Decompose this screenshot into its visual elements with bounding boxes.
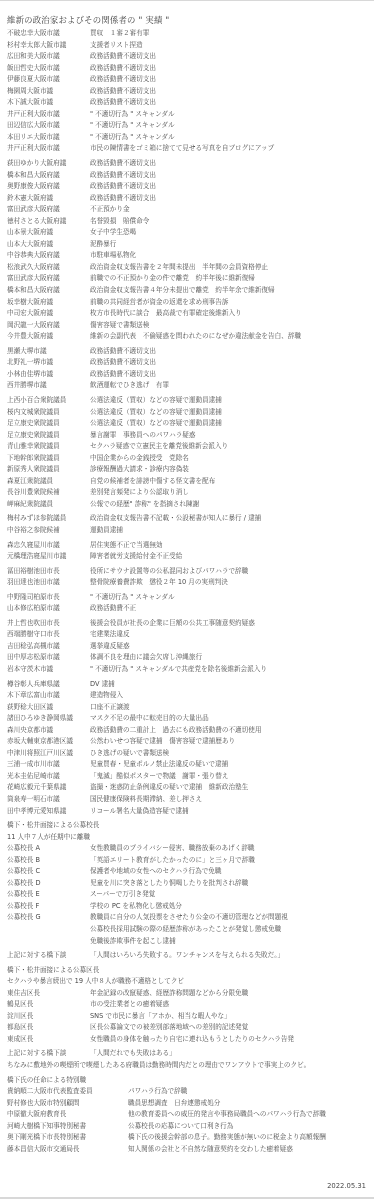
list-item: 田中孝博元愛知県議リコール署名大量偽造容疑で逮捕 <box>7 806 369 818</box>
record-description: 名誉毀損 賠償命令 <box>90 216 369 228</box>
person-name: 徳村さとる大阪府議 <box>7 216 90 228</box>
person-name: 青山雅幸衆院議員 <box>7 441 90 453</box>
list-item: 元橋理浩寝屋川市議障害者就労支援給付金不正受給 <box>7 551 369 563</box>
person-name: 公募校長 F <box>7 901 90 913</box>
list-item: 松浪武久大阪府議政治資金収支報告書を２年間未提出 半年間の会員資格停止 <box>7 262 369 274</box>
principals-comment-section: 上記に対する橋下談 「人間はいろいろ失敗する。ワンチャンスを与えられる失敗だ。」 <box>7 950 369 962</box>
person-name: 公募校長 C <box>7 866 90 878</box>
record-description: 政務活動費不正 <box>90 603 369 615</box>
comment-speaker: 上記に対する橋下談 <box>7 950 90 962</box>
list-item: 杉村幸太郎大阪市議支援者リスト捏造 <box>7 40 369 52</box>
person-name: 中谷恭典大阪府議 <box>7 250 90 262</box>
list-item: 長谷川豊衆院候補差別発言頻発により公認取り消し <box>7 487 369 499</box>
record-description: 買収 １審２審有罪 <box>90 28 369 40</box>
record-description: 公募校長の応募について口利き行為 <box>128 1121 369 1133</box>
person-name: 今井豊大阪府議 <box>7 331 90 343</box>
record-description: 役所にサウナ設置等の公私混同およびパワハラで辞職 <box>90 566 369 578</box>
list-item: 公募校長 G教職員に自分の人気投票をさせたり公金の不適切管理などが問題視 <box>7 912 369 924</box>
person-name: 奥野康俊大阪府議 <box>7 181 90 193</box>
list-item: 中津川将照江戸川区議ひき逃げの疑いで書類送検 <box>7 748 369 760</box>
list-item: 光本圭佑尼崎市議「鬼滅」酷似ポスターで物議 謝罪・張り替え <box>7 771 369 783</box>
record-description: 不正預かり金 <box>90 204 369 216</box>
list-item: 山本大大阪府議泥酔暴行 <box>7 239 369 251</box>
person-name: 橋本和昌大阪府議 <box>7 170 90 182</box>
list-item: 井戸正利大阪市議市民の陳情書をゴミ箱に捨てて見せる写真を自ブログにアップ <box>7 143 369 155</box>
list-item: 淀川区長SNS で市民に暴言「アホか、相当な暇人やな」 <box>7 1011 369 1023</box>
record-description: 体調不良を理由に議会欠席し沖縄旅行 <box>90 652 369 664</box>
list-item: 赤坂大輔東京都港区議公然わいせつ容疑で逮捕 傷害容疑で逮捕歴あり <box>7 736 369 748</box>
list-item: 鶴見区長市の受注業者との癒着疑惑 <box>7 999 369 1011</box>
person-name: 鶴見区長 <box>7 999 90 1011</box>
person-name: 新原秀人衆院議員 <box>7 464 90 476</box>
list-item: 不破忠幸大阪市議買収 １審２審有罪 <box>7 28 369 40</box>
list-item: 徳村さとる大阪府議名誉毀損 賠償命令 <box>7 216 369 228</box>
list-item: 公募校長採用試験の際の経歴詐称があったことが発覚し懲戒免職 <box>7 924 369 936</box>
politician-group: 荻田ゆかり大阪府議政務活動費不適切支出橋本和昌大阪府議政務活動費不適切支出奥野康… <box>7 158 369 343</box>
record-description: 政治資金収支報告書４年分未提出で離党 約半年余で維新復帰 <box>90 285 369 297</box>
list-item: 中谷裕之参院候補運動員逮捕 <box>7 525 369 537</box>
record-description: 職員思想調査 日弁連懲戒処分 <box>128 1098 369 1110</box>
list-item: 足立康史衆院議員公選法違反（買収）などの容疑で運動員逮捕 <box>7 418 369 430</box>
list-item: 東住吉区長年金記録の改竄疑惑、経歴詐称問題などから分限免職 <box>7 988 369 1000</box>
person-name: 諸田ひろゆき静岡県議 <box>7 713 90 725</box>
list-item: 西端勝樹守口市長宅建業法違反 <box>7 629 369 641</box>
record-description: 女子中学生恐喝 <box>90 227 369 239</box>
person-name: 小林由佳堺市議 <box>7 369 90 381</box>
list-item: 北野礼一堺市議政務活動費不適切支出 <box>7 357 369 369</box>
record-description: 公選法違反（買収）などの容疑で運動員逮捕 <box>90 407 369 419</box>
person-name: 北野礼一堺市議 <box>7 357 90 369</box>
politician-group: 不破忠幸大阪市議買収 １審２審有罪杉村幸太郎大阪市議支援者リスト捏造広田和美大阪… <box>7 28 369 155</box>
list-item: 中原徹大阪府教育長他の教育委員への威圧的発言や事務局職員へのパワハラ行為で辞職 <box>7 1109 369 1121</box>
person-name: 井上哲也吹田市長 <box>7 618 90 630</box>
special-heading: 橋下氏の任命による特別職 <box>7 1075 369 1087</box>
record-description: 児童を川に突き落としたり恫喝したりを批判され辞職 <box>90 878 369 890</box>
list-item: 西井勝堺市議飲酒運転でひき逃げ 有罪 <box>7 380 369 392</box>
record-description: 政務活動費不適切支出 <box>90 74 369 86</box>
person-name: 公募校長 G <box>7 912 90 924</box>
person-name: 不破忠幸大阪市議 <box>7 28 90 40</box>
person-name: 公募校長 A <box>7 843 90 855</box>
record-description: 維新の会副代表 不倫疑惑を問われたのになぜか違法献金を告白、辞職 <box>90 331 369 343</box>
person-name: 桜内文城衆院議員 <box>7 407 90 419</box>
person-name: 奥下剛光橋下市長特別秘書 <box>7 1132 128 1144</box>
ward-chiefs-heading: 橋下・松井面接による公募区長 <box>7 965 369 977</box>
principals-section: 橋下・松井面接による公募校長 11 人中７人が任期中に離職 公募校長 A女性教職… <box>7 820 369 947</box>
record-description: パワハラ行為で辞職 <box>128 1086 369 1098</box>
record-description: SNS で市民に暴言「アホか、相当な暇人やな」 <box>90 1011 369 1023</box>
politician-group: 井上哲也吹田市長後援会役員が社長の企業に巨額の公共工事随意契約疑惑西端勝樹守口市… <box>7 618 369 676</box>
list-item: 橋本和昌大阪府議政務活動費不適切支出 <box>7 170 369 182</box>
record-description: 暴言謝罪 事務員へのパワハラ疑惑 <box>90 430 369 442</box>
date-stamp: 2022.05.31 <box>327 1182 366 1190</box>
record-description: " 不適切行為 " スキャンダルで共産党を除名後維新会派入り <box>90 664 369 676</box>
record-description: マスク不足の最中に転売目的の大量出品 <box>90 713 369 725</box>
list-item: 森川央京都市議政務活動費の二重計上 過去にも政務活動費の不適切使用 <box>7 725 369 737</box>
person-name: 山本大大阪府議 <box>7 239 90 251</box>
person-name: 公募校長 D <box>7 878 90 890</box>
principals-heading: 橋下・松井面接による公募校長 <box>7 820 369 832</box>
record-description: 公選法違反（買収）などの容疑で運動員逮捕 <box>90 418 369 430</box>
record-description: 口座不正譲渡 <box>90 702 369 714</box>
list-item: 岩本守茨木市議" 不適切行為 " スキャンダルで共産党を除名後維新会派入り <box>7 664 369 676</box>
person-name: 赤坂大輔東京都港区議 <box>7 736 90 748</box>
list-item: 今井豊大阪府議維新の会副代表 不倫疑惑を問われたのになぜか違法献金を告白、辞職 <box>7 331 369 343</box>
list-item: 足立康史衆院議員暴言謝罪 事務員へのパワハラ疑惑 <box>7 430 369 442</box>
record-description: 宅建業法違反 <box>90 629 369 641</box>
principals-subheading: 11 人中７人が任期中に離職 <box>7 832 369 844</box>
list-item: 梅村みずほ参院議員政治資金収支報告書不記載・公設秘書が知人に暴行 / 逮捕 <box>7 513 369 525</box>
record-description: 政務活動費不適切支出 <box>90 86 369 98</box>
list-item: 森忠久寝屋川市議居住実態不正で当選無効 <box>7 540 369 552</box>
person-name: 花崎広毅元千葉県議 <box>7 782 90 794</box>
person-name: 富田武彦大阪府議 <box>7 204 90 216</box>
person-name: 筒泉寿一明石市議 <box>7 794 90 806</box>
person-name: 羽田達也池田市議 <box>7 577 90 589</box>
politician-group: 中野隆司柏原市長" 不適切行為 " スキャンダル山本修広柏原市議政務活動費不正 <box>7 592 369 615</box>
record-description: 公募校長採用試験の際の経歴詐称があったことが発覚し懲戒免職 <box>90 924 369 936</box>
record-description: 国民健康保険料長期滞納、差し押さえ <box>90 794 369 806</box>
person-name: 西端勝樹守口市長 <box>7 629 90 641</box>
record-description: 政治資金収支報告書を２年間未提出 半年間の会員資格停止 <box>90 262 369 274</box>
politician-group: 上西小百合衆院議員公選法違反（買収）などの容疑で運動員逮捕桜内文城衆院議員公選法… <box>7 395 369 510</box>
list-item: 広田和美大阪市議政務活動費不適切支出 <box>7 51 369 63</box>
person-name: 長谷川豊衆院候補 <box>7 487 90 499</box>
record-description: " 不適切行為 " スキャンダル <box>90 592 369 604</box>
list-item: 富田武彦大阪府議前職での不正預かり金の件で離党 約半年後に維新復帰 <box>7 273 369 285</box>
record-description: 政務活動費不適切支出 <box>90 181 369 193</box>
person-name: 淀川区長 <box>7 1011 90 1023</box>
person-name <box>7 936 90 948</box>
record-description: 市民の陳情書をゴミ箱に捨てて見せる写真を自ブログにアップ <box>90 143 369 155</box>
record-description: ひき逃げの疑いで書類送検 <box>90 748 369 760</box>
person-name: 森川央京都市議 <box>7 725 90 737</box>
record-description: 年金記録の改竄疑惑、経歴詐称問題などから分限免職 <box>90 988 369 1000</box>
record-description: " 不適切行為 " スキャンダル <box>90 120 369 132</box>
record-description: 後援会役員が社長の企業に巨額の公共工事随意契約疑惑 <box>90 618 369 630</box>
person-name: 岬麻紀衆院議員 <box>7 499 90 511</box>
list-item: 諸田ひろゆき静岡県議マスク不足の最中に転売目的の大量出品 <box>7 713 369 725</box>
record-description: 政務活動費不適切支出 <box>90 63 369 75</box>
list-item: 奥下剛光橋下市長特別秘書橋下氏の後援会幹部の息子。勤務実態が無いのに税金より高額… <box>7 1132 369 1144</box>
person-name: 坂幸樹大阪府議 <box>7 297 90 309</box>
list-item: 新原秀人衆院議員診療報酬過大請求・診療内容偽装 <box>7 464 369 476</box>
person-name: 田中厚志松原市議 <box>7 652 90 664</box>
record-description: セクハラ疑惑で立憲民主を離党後維新会派入り <box>90 441 369 453</box>
person-name: 足立康史衆院議員 <box>7 430 90 442</box>
person-name: 都島区長 <box>7 1022 90 1034</box>
person-name: 中津川将照江戸川区議 <box>7 748 90 760</box>
record-description: 政務活動費不適切支出 <box>90 158 369 170</box>
person-name: 冨田裕樹池田市長 <box>7 566 90 578</box>
person-name: 中司宏大阪府議 <box>7 308 90 320</box>
list-item: 奥野康俊大阪府議政務活動費不適切支出 <box>7 181 369 193</box>
record-description: 枚方市長時代に談合 最高裁で有罪確定後維新入り <box>90 308 369 320</box>
record-description: 差別発言頻発により公認取り消し <box>90 487 369 499</box>
ward-chiefs-subheading: セクハラや暴言続出で 19 人中８人が職務不適格としてクビ <box>7 976 369 988</box>
person-name: 橋本和昌大阪府議 <box>7 285 90 297</box>
person-name: 黒瀬大堺市議 <box>7 346 90 358</box>
person-name: 河崎大樹橋下知事特別秘書 <box>7 1121 128 1133</box>
person-name: 荻野稔大田区議 <box>7 702 90 714</box>
record-description: 傷害容疑で書類送検 <box>90 320 369 332</box>
list-item: 橋本和昌大阪府議政治資金収支報告書４年分未提出で離党 約半年余で維新復帰 <box>7 285 369 297</box>
person-name: 貴納順二大阪市代表監査委員 <box>7 1086 128 1098</box>
record-description: 橋下氏の後援会幹部の息子。勤務実態が無いのに税金より高額報酬 <box>128 1132 369 1144</box>
record-description: 政務活動費不適切支出 <box>90 346 369 358</box>
record-description: 政治資金収支報告書不記載・公設秘書が知人に暴行 / 逮捕 <box>90 513 369 525</box>
person-name: 山本景大阪府議 <box>7 227 90 239</box>
list-item: 貴納順二大阪市代表監査委員パワハラ行為で辞職 <box>7 1086 369 1098</box>
record-description: 政務活動費不適切支出 <box>90 97 369 109</box>
list-item: 田辺信広大阪市議" 不適切行為 " スキャンダル <box>7 120 369 132</box>
politician-group: 冨田裕樹池田市長役所にサウナ設置等の公私混同およびパワハラで辞職羽田達也池田市議… <box>7 566 369 589</box>
record-description: 政務活動費不適切支出 <box>90 193 369 205</box>
list-item: 富田武彦大阪府議不正預かり金 <box>7 204 369 216</box>
person-name: 岩本守茨木市議 <box>7 664 90 676</box>
record-description: 免職後詐欺事件を起こし逮捕 <box>90 936 369 948</box>
record-description: " 不適切行為 " スキャンダル <box>90 109 369 121</box>
person-name: 吉田稔弘高槻市議 <box>7 641 90 653</box>
person-name: 荻田ゆかり大阪府議 <box>7 158 90 170</box>
list-item: 飯田哲史大阪市議政務活動費不適切支出 <box>7 63 369 75</box>
record-description: 泥酔暴行 <box>90 239 369 251</box>
person-name: 東成区長 <box>7 1034 90 1046</box>
list-item: 河崎大樹橋下知事特別秘書公募校長の応募について口利き行為 <box>7 1121 369 1133</box>
person-name <box>7 924 90 936</box>
record-description: 政務活動費の二重計上 過去にも政務活動費の不適切使用 <box>90 725 369 737</box>
person-name: 井戸正利大阪市議 <box>7 143 90 155</box>
person-name: 木下誠大阪市議 <box>7 97 90 109</box>
record-description: 運動員逮捕 <box>90 525 369 537</box>
list-item: 中谷恭典大阪府議市駐車場私物化 <box>7 250 369 262</box>
record-description: 居住実態不正で当選無効 <box>90 540 369 552</box>
record-description: 支援者リスト捏造 <box>90 40 369 52</box>
person-name: 広田和美大阪市議 <box>7 51 90 63</box>
comment-speaker: 上記に対する橋下談 <box>7 1048 90 1060</box>
record-description: 政務活動費不適切支出 <box>90 357 369 369</box>
person-name: 松浪武久大阪府議 <box>7 262 90 274</box>
comment-quote: 「人間はいろいろ失敗する。ワンチャンスを与えられる失敗だ。」 <box>90 950 369 962</box>
list-item: 下地幹郎衆院議員中国企業からの金銭授受 党除名 <box>7 453 369 465</box>
record-description: " 不適切行為 " スキャンダル <box>90 132 369 144</box>
list-item: 公募校長 B「英語エリート教育がしたかったのに」と三ヶ月で辞職 <box>7 855 369 867</box>
list-item: 筒泉寿一明石市議国民健康保険料長期滞納、差し押さえ <box>7 794 369 806</box>
record-description: 女性教職員のプライバシー侵害、職務放棄のあげく辞職 <box>90 843 369 855</box>
list-item: 青山雅幸衆院議員セクハラ疑惑で立憲民主を離党後維新会派入り <box>7 441 369 453</box>
list-item: 桜内文城衆院議員公選法違反（買収）などの容疑で運動員逮捕 <box>7 407 369 419</box>
list-item: 梅園周大阪市議政務活動費不適切支出 <box>7 86 369 98</box>
record-description: 中国企業からの金銭授受 党除名 <box>90 453 369 465</box>
list-item: 黒瀬大堺市議政務活動費不適切支出 <box>7 346 369 358</box>
person-name: 田中孝博元愛知県議 <box>7 806 90 818</box>
person-name: 梅村みずほ参院議員 <box>7 513 90 525</box>
ward-chiefs-section: 橋下・松井面接による公募区長 セクハラや暴言続出で 19 人中８人が職務不適格と… <box>7 965 369 1046</box>
person-name: 上西小百合衆院議員 <box>7 395 90 407</box>
person-name: 下地幹郎衆院議員 <box>7 453 90 465</box>
record-description: 政務活動費不適切支出 <box>90 170 369 182</box>
person-name: 樽谷彰人兵庫県議 <box>7 679 90 691</box>
record-description: 「鬼滅」酷似ポスターで物議 謝罪・張り替え <box>90 771 369 783</box>
top-divider <box>0 0 374 1</box>
list-item: 山本修広柏原市議政務活動費不正 <box>7 603 369 615</box>
person-name: 足立康史衆院議員 <box>7 418 90 430</box>
list-item: 岬麻紀衆院議員公報での経歴" 詐称" を指摘され陳謝 <box>7 499 369 511</box>
record-description: DV 逮捕 <box>90 679 369 691</box>
person-name: 中野隆司柏原市長 <box>7 592 90 604</box>
list-item: 上西小百合衆院議員公選法違反（買収）などの容疑で運動員逮捕 <box>7 395 369 407</box>
list-item: 花崎広毅元千葉県議盗撮・迷惑防止条例違反の疑いで逮捕 維新政治塾生 <box>7 782 369 794</box>
list-item: 本田リエ大阪市議" 不適切行為 " スキャンダル <box>7 132 369 144</box>
list-item: 井上哲也吹田市長後援会役員が社長の企業に巨額の公共工事随意契約疑惑 <box>7 618 369 630</box>
list-item: 樽谷彰人兵庫県議DV 逮捕 <box>7 679 369 691</box>
list-item: 坂幸樹大阪府議前職の共同経営者が資金の返還を求め刑事告訴 <box>7 297 369 309</box>
record-description: 前職での不正預かり金の件で離党 約半年後に維新復帰 <box>90 273 369 285</box>
list-item: 吉田稔弘高槻市議選挙違反疑惑 <box>7 641 369 653</box>
bottom-divider <box>0 1197 374 1199</box>
list-item: 公募校長 F学校の PC を私物化し懲戒処分 <box>7 901 369 913</box>
record-description: 女性職員の身体を触ったり自宅に連れ込もうとしたりのセクハラ告発 <box>90 1034 369 1046</box>
page-title: 維新の政治家およびその関係者の " 実績 " <box>7 14 369 28</box>
person-name: 木下章広富山市議 <box>7 690 90 702</box>
person-name: 飯田哲史大阪市議 <box>7 63 90 75</box>
record-description: 児童買春・児童ポルノ禁止法違反の疑いで逮捕 <box>90 759 369 771</box>
ward-chiefs-note: ちなみに敷地外の喫煙所で喫煙したある府職員は勤務時間内だとの理由でワンアウトで事… <box>7 1060 369 1072</box>
politician-group: 樽谷彰人兵庫県議DV 逮捕木下章広富山市議建造物侵入荻野稔大田区議口座不正譲渡諸… <box>7 679 369 818</box>
record-description: 公報での経歴" 詐称" を指摘され陳謝 <box>90 499 369 511</box>
record-description: 政務活動費不適切支出 <box>90 51 369 63</box>
list-item: 羽田達也池田市議整骨院療養費詐欺 懲役２年 10 月の実刑判決 <box>7 577 369 589</box>
record-description: 自党の候補者を誹謗中傷する怪文書を配布 <box>90 476 369 488</box>
record-description: 飲酒運転でひき逃げ 有罪 <box>90 380 369 392</box>
list-item: 森夏江衆院議員自党の候補者を誹謗中傷する怪文書を配布 <box>7 476 369 488</box>
ward-chiefs-comment: 上記に対する橋下談 「人間だれでも失敗はある」 <box>7 1048 369 1060</box>
person-name: 梅園周大阪市議 <box>7 86 90 98</box>
list-item: 鈴木憲大阪府議政務活動費不適切支出 <box>7 193 369 205</box>
record-description: 学校の PC を私物化し懲戒処分 <box>90 901 369 913</box>
list-item: 公募校長 A女性教職員のプライバシー侵害、職務放棄のあげく辞職 <box>7 843 369 855</box>
person-name: 田辺信広大阪市議 <box>7 120 90 132</box>
person-name: 東住吉区長 <box>7 988 90 1000</box>
list-item: 木下誠大阪市議政務活動費不適切支出 <box>7 97 369 109</box>
list-item: 小林由佳堺市議政務活動費不適切支出 <box>7 369 369 381</box>
person-name: 中谷裕之参院候補 <box>7 525 90 537</box>
person-name: 西井勝堺市議 <box>7 380 90 392</box>
record-description: リコール署名大量偽造容疑で逮捕 <box>90 806 369 818</box>
list-item: 公募校長 D児童を川に突き落としたり恫喝したりを批判され辞職 <box>7 878 369 890</box>
record-description: スーパーで万引き発覚 <box>90 889 369 901</box>
record-description: 市駐車場私物化 <box>90 250 369 262</box>
list-item: 岡沢龍一大阪府議傷害容疑で書類送検 <box>7 320 369 332</box>
record-description: 選挙違反疑惑 <box>90 641 369 653</box>
record-description: 知人関係の会社と不自然な随意契約を交わした癒着疑惑 <box>128 1144 369 1156</box>
politician-group: 梅村みずほ参院議員政治資金収支報告書不記載・公設秘書が知人に暴行 / 逮捕中谷裕… <box>7 513 369 536</box>
record-description: 保護者や地域の女性へのセクハラ行為で免職 <box>90 866 369 878</box>
list-item: 荻田ゆかり大阪府議政務活動費不適切支出 <box>7 158 369 170</box>
record-description: 市の受注業者との癒着疑惑 <box>90 999 369 1011</box>
record-description: 「英語エリート教育がしたかったのに」と三ヶ月で辞職 <box>90 855 369 867</box>
record-description: 政務活動費不適切支出 <box>90 369 369 381</box>
document-body: 維新の政治家およびその関係者の " 実績 " 不破忠幸大阪市議買収 １審２審有罪… <box>7 14 369 1158</box>
person-name: 鈴木憲大阪府議 <box>7 193 90 205</box>
list-item: 田中厚志松原市議体調不良を理由に議会欠席し沖縄旅行 <box>7 652 369 664</box>
list-item: 山本景大阪府議女子中学生恐喝 <box>7 227 369 239</box>
person-name: 伊藤良夏大阪市議 <box>7 74 90 86</box>
person-name: 本田リエ大阪市議 <box>7 132 90 144</box>
record-description: 公然わいせつ容疑で逮捕 傷害容疑で逮捕歴あり <box>90 736 369 748</box>
person-name: 公募校長 B <box>7 855 90 867</box>
person-name: 中原徹大阪府教育長 <box>7 1109 128 1121</box>
principals-comment: 上記に対する橋下談 「人間はいろいろ失敗する。ワンチャンスを与えられる失敗だ。」 <box>7 950 369 962</box>
record-description: 他の教育委員への威圧的発言や事務局職員へのパワハラ行為で辞職 <box>128 1109 369 1121</box>
list-item: 三浦一成市川市議児童買春・児童ポルノ禁止法違反の疑いで逮捕 <box>7 759 369 771</box>
record-description: 診療報酬過大請求・診療内容偽装 <box>90 464 369 476</box>
special-appointees-section: 橋下氏の任命による特別職 貴納順二大阪市代表監査委員パワハラ行為で辞職野村修也大… <box>7 1075 369 1156</box>
person-name: 三浦一成市川市議 <box>7 759 90 771</box>
list-item: 公募校長 Eスーパーで万引き発覚 <box>7 889 369 901</box>
record-description: 教職員に自分の人気投票をさせたり公金の不適切管理などが問題視 <box>90 912 369 924</box>
record-description: 前職の共同経営者が資金の返還を求め刑事告訴 <box>90 297 369 309</box>
person-name: 公募校長 E <box>7 889 90 901</box>
comment-quote: 「人間だれでも失敗はある」 <box>90 1048 369 1060</box>
person-name: 森夏江衆院議員 <box>7 476 90 488</box>
record-description: 障害者就労支援給付金不正受給 <box>90 551 369 563</box>
person-name: 杉村幸太郎大阪市議 <box>7 40 90 52</box>
politician-groups: 不破忠幸大阪市議買収 １審２審有罪杉村幸太郎大阪市議支援者リスト捏造広田和美大阪… <box>7 28 369 817</box>
record-description: 区長公募論文での被差別部落地域への差別的記述発覚 <box>90 1022 369 1034</box>
ward-chiefs-comment-section: 上記に対する橋下談 「人間だれでも失敗はある」 ちなみに敷地外の喫煙所で喫煙した… <box>7 1048 369 1071</box>
list-item: 都島区長区長公募論文での被差別部落地域への差別的記述発覚 <box>7 1022 369 1034</box>
person-name: 山本修広柏原市議 <box>7 603 90 615</box>
list-item: 冨田裕樹池田市長役所にサウナ設置等の公私混同およびパワハラで辞職 <box>7 566 369 578</box>
person-name: 野村修也大阪市特別顧問 <box>7 1098 128 1110</box>
politician-group: 黒瀬大堺市議政務活動費不適切支出北野礼一堺市議政務活動費不適切支出小林由佳堺市議… <box>7 346 369 392</box>
person-name: 森忠久寝屋川市議 <box>7 540 90 552</box>
list-item: 野村修也大阪市特別顧問職員思想調査 日弁連懲戒処分 <box>7 1098 369 1110</box>
person-name: 岡沢龍一大阪府議 <box>7 320 90 332</box>
list-item: 公募校長 C保護者や地域の女性へのセクハラ行為で免職 <box>7 866 369 878</box>
list-item: 井戸正利大阪市議" 不適切行為 " スキャンダル <box>7 109 369 121</box>
list-item: 免職後詐欺事件を起こし逮捕 <box>7 936 369 948</box>
person-name: 富田武彦大阪府議 <box>7 273 90 285</box>
list-item: 中司宏大阪府議枚方市長時代に談合 最高裁で有罪確定後維新入り <box>7 308 369 320</box>
list-item: 木下章広富山市議建造物侵入 <box>7 690 369 702</box>
list-item: 東成区長女性職員の身体を触ったり自宅に連れ込もうとしたりのセクハラ告発 <box>7 1034 369 1046</box>
record-description: 公選法違反（買収）などの容疑で運動員逮捕 <box>90 395 369 407</box>
list-item: 藤本昌信大阪市交通局長知人関係の会社と不自然な随意契約を交わした癒着疑惑 <box>7 1144 369 1156</box>
record-description: 建造物侵入 <box>90 690 369 702</box>
record-description: 盗撮・迷惑防止条例違反の疑いで逮捕 維新政治塾生 <box>90 782 369 794</box>
person-name: 元橋理浩寝屋川市議 <box>7 551 90 563</box>
list-item: 荻野稔大田区議口座不正譲渡 <box>7 702 369 714</box>
list-item: 中野隆司柏原市長" 不適切行為 " スキャンダル <box>7 592 369 604</box>
record-description: 整骨院療養費詐欺 懲役２年 10 月の実刑判決 <box>90 577 369 589</box>
person-name: 井戸正利大阪市議 <box>7 109 90 121</box>
person-name: 光本圭佑尼崎市議 <box>7 771 90 783</box>
person-name: 藤本昌信大阪市交通局長 <box>7 1144 128 1156</box>
list-item: 伊藤良夏大阪市議政務活動費不適切支出 <box>7 74 369 86</box>
politician-group: 森忠久寝屋川市議居住実態不正で当選無効元橋理浩寝屋川市議障害者就労支援給付金不正… <box>7 540 369 563</box>
